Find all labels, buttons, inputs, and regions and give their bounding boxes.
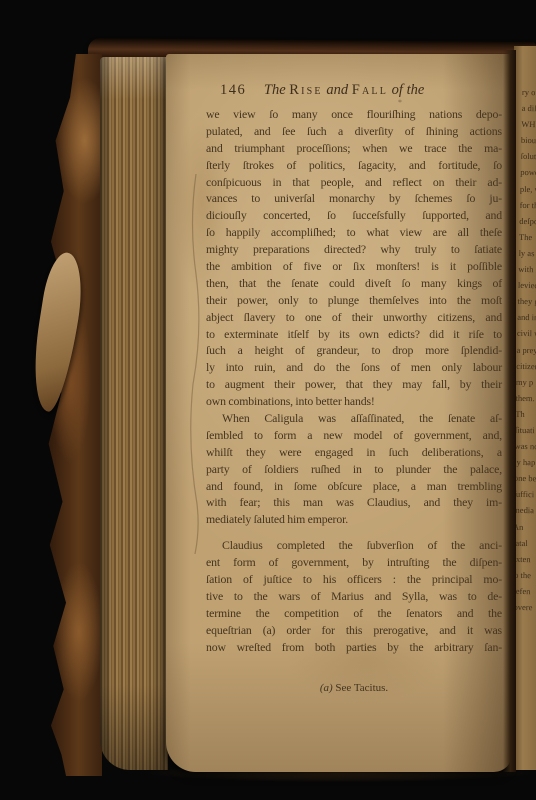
- text-line: mighty preparations directed? why truly …: [206, 241, 502, 258]
- page-fragment: a prey: [516, 341, 535, 357]
- text-line: own combinations, into better hands!: [206, 393, 502, 410]
- header-word-the: The: [264, 82, 286, 98]
- damaged-spine-leather: [44, 54, 102, 776]
- page-fragment: levied: [518, 277, 536, 293]
- text-line: whilſt they were engaged in ſuch deliber…: [206, 444, 502, 461]
- text-line: mediately ſaluted him emperor.: [206, 511, 502, 528]
- text-line: we view ſo many once flouriſhing nations…: [206, 106, 502, 123]
- page-fragment: fatal: [514, 534, 532, 550]
- header-word-of-the: of the: [392, 82, 425, 98]
- text-line: ſterly ſtrokes of politics, ſagacity, an…: [206, 157, 502, 174]
- page-fragment: and in: [517, 309, 536, 325]
- page-fragment: exten: [514, 551, 531, 567]
- text-line: and triumphant proceſſions; when we trac…: [206, 140, 502, 157]
- text-line: ent form of government, by intruſting th…: [206, 554, 502, 571]
- page-fragment: one be: [514, 470, 533, 486]
- page-crease-line: [184, 174, 204, 554]
- page-block-fore-edge: [100, 57, 168, 770]
- page-fragment: power: [520, 164, 536, 180]
- page-fragment: WH: [521, 116, 536, 132]
- next-page-sliver: ry of a diſp WH bious ſolute power ple, …: [514, 46, 536, 770]
- page-fragment: An: [514, 518, 532, 534]
- page-fragment: ly as: [518, 245, 536, 261]
- gutter-shadow: [503, 50, 516, 772]
- footnote: (a) See Tacitus.: [206, 682, 502, 694]
- page-fragment: ſolute: [520, 148, 536, 164]
- book-page: 146 The Rise and Fall of the * we view ſ…: [166, 54, 512, 772]
- body-text: we view ſo many once flouriſhing nations…: [206, 106, 502, 656]
- book-photo-scene: 146 The Rise and Fall of the * we view ſ…: [0, 0, 536, 800]
- text-line: party of ſoldiers ruſhed in to plunder t…: [206, 461, 502, 478]
- header-word-rise: Rise: [289, 82, 322, 98]
- page-fragment: was no: [514, 438, 533, 454]
- page-fragment: for thi: [519, 197, 536, 213]
- page-fragment: ple, w: [520, 180, 536, 196]
- page-fragment: bious: [521, 132, 536, 148]
- page-fragment: ſituati: [515, 422, 534, 438]
- text-line: pulated, and ſee ſuch a diverſity of ſhi…: [206, 123, 502, 140]
- page-fragment: The: [519, 229, 536, 245]
- page-number: 146: [220, 82, 246, 98]
- page-fragment: citizen: [516, 357, 535, 373]
- text-line: ſation of juſtice to his officers : the …: [206, 571, 502, 588]
- text-line: now wreſted from both parties by the arb…: [206, 639, 502, 656]
- page-fragment: my p: [516, 374, 535, 390]
- text-line: termine the competition of the ſenators …: [206, 605, 502, 622]
- text-line: diciouſly concerted, ſo ſucceſsfully ſup…: [206, 207, 502, 224]
- header-word-fall: Fall: [352, 82, 388, 98]
- page-fragment: a diſp: [521, 100, 536, 116]
- page-fragment: with ſ: [518, 261, 536, 277]
- text-line: and found, in ſome obſcure place, a man …: [206, 478, 502, 495]
- text-line: their power, only to plunge themſelves i…: [206, 292, 502, 309]
- text-line: to exterminate itſelf by its own edicts?…: [206, 326, 502, 343]
- text-line: abject ſlavery to one of their unworthy …: [206, 309, 502, 326]
- text-line: ſembled to form a new model of governmen…: [206, 427, 502, 444]
- page-fragment: Th: [515, 406, 534, 422]
- page-fragment: defen: [514, 583, 531, 599]
- page-fragment: ry of: [522, 84, 536, 100]
- text-line: the ambition of five or ſix monſters! is…: [206, 258, 502, 275]
- page-fragment: civil w: [517, 325, 536, 341]
- text-line: to augment their power, that they may fa…: [206, 376, 502, 393]
- page-fragment: ly hap: [514, 454, 533, 470]
- text-line: equeſtrian (a) order for this prerogativ…: [206, 622, 502, 639]
- page-fragment: ſovere: [514, 599, 530, 615]
- footnote-text: See Tacitus.: [333, 682, 389, 694]
- next-page-text-fragments: ry of a diſp WH bious ſolute power ple, …: [514, 46, 536, 615]
- page-fragment: deſpot: [519, 213, 536, 229]
- text-line: then, that the ſenate could diveſt ſo ma…: [206, 275, 502, 292]
- page-fragment: them.: [515, 390, 534, 406]
- page-fragment: they g: [517, 293, 536, 309]
- footnote-marker: (a): [320, 682, 333, 694]
- page-fragment: to the: [514, 567, 531, 583]
- text-line: vances to univerſal monarchy by ſchemes …: [206, 190, 502, 207]
- text-line: ſo happily accompliſhed; to what view ar…: [206, 224, 502, 241]
- running-header: 146 The Rise and Fall of the: [206, 82, 516, 99]
- header-word-and: and: [326, 82, 348, 98]
- text-line: When Caligula was aſſaſſinated, the ſena…: [206, 410, 502, 427]
- page-fragment: ſuffici: [514, 486, 533, 502]
- text-line: with fear; this man was Claudius, and th…: [206, 494, 502, 511]
- text-line: ly into ruin, and do the ſons of men onl…: [206, 359, 502, 376]
- page-fragment: media: [514, 502, 532, 518]
- text-line: tive to the wars of Marius and Sylla, wa…: [206, 588, 502, 605]
- text-line: conſpicuous in that people, and reflect …: [206, 174, 502, 191]
- text-line: Claudius completed the ſubverſion of the…: [206, 537, 502, 554]
- text-line: ſuch a height of grandeur, to drop more …: [206, 342, 502, 359]
